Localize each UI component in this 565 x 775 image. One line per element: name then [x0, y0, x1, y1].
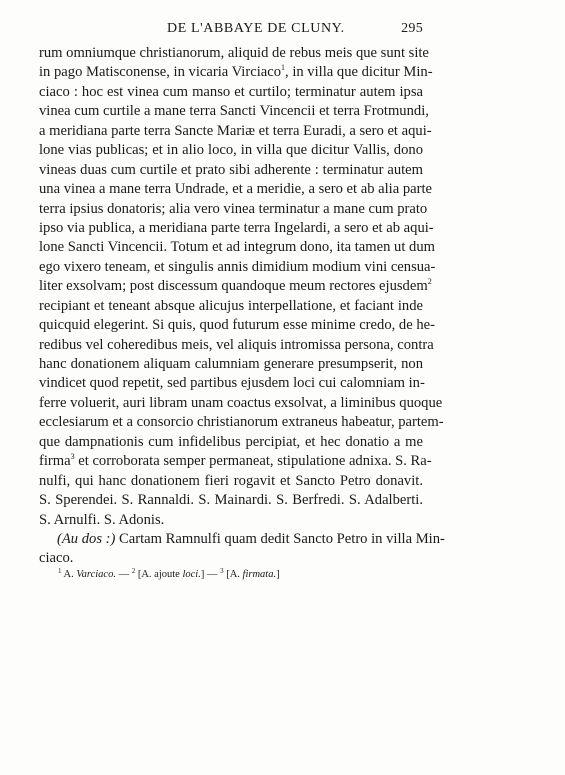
endorsement-line: ciaco.: [39, 549, 423, 568]
text-line: vinea cum curtile a mane terra Sancti Vi…: [39, 102, 423, 121]
text-line: recipiant et teneant absque alicujus int…: [39, 297, 423, 316]
text-line: in pago Matisconense, in vicaria Virciac…: [39, 63, 423, 82]
text-line: vindicet quod repetit, sed partibus ejus…: [39, 374, 423, 393]
text-line: nulfi, qui hanc donationem fieri rogavit…: [39, 472, 423, 491]
endorsement-line: (Au dos :) Cartam Ramnulfi quam dedit Sa…: [39, 530, 423, 549]
text-line: ipso via publica, a meridiana parte terr…: [39, 219, 423, 238]
footnote-separator: —: [204, 569, 220, 580]
running-title: DE L'ABBAYE DE CLUNY.: [167, 21, 345, 37]
text-line: que dampnationis cum infidelibus percipi…: [39, 433, 423, 452]
footnote: 1 A. Varciaco.: [58, 569, 116, 580]
book-page: DE L'ABBAYE DE CLUNY. 295 rum omniumque …: [0, 0, 565, 775]
text-line: una vinea a mane terra Undrade, et a mer…: [39, 180, 423, 199]
text-line: S. Arnulfi. S. Adonis.: [39, 511, 423, 530]
footnote: 3 [A. firmata.]: [220, 569, 280, 580]
text-line: redibus vel coheredibus meis, vel aliqui…: [39, 336, 423, 355]
text-line: lone vias publicas; et in alio loco, in …: [39, 141, 423, 160]
charter-text: rum omniumque christianorum, aliquid de …: [39, 44, 423, 569]
text-line: S. Sperendei. S. Rannaldi. S. Mainardi. …: [39, 491, 423, 510]
footnote-ref: 2: [428, 277, 432, 286]
footnotes: 1 A. Varciaco. — 2 [A. ajoute loci.] — 3…: [58, 569, 418, 580]
text-line: ciaco : hoc est vinea cum manso et curti…: [39, 83, 423, 102]
text-line: a meridiana parte terra Sancte Mariæ et …: [39, 122, 423, 141]
text-line: firma3 et corroborata semper permaneat, …: [39, 452, 423, 471]
running-head: DE L'ABBAYE DE CLUNY. 295: [39, 21, 423, 41]
text-line: terra ipsius donatoris; alia vero vinea …: [39, 200, 423, 219]
text-line: lone Sancti Vincencii. Totum et ad integ…: [39, 238, 423, 257]
text-line: rum omniumque christianorum, aliquid de …: [39, 44, 423, 63]
text-line: liter exsolvam; post discessum quandoque…: [39, 277, 423, 296]
text-line: quicquid elegerint. Si quis, quod futuru…: [39, 316, 423, 335]
endorsement-label: (Au dos :): [57, 531, 115, 547]
text-line: ferre voluerit, auri libram unam coactus…: [39, 394, 423, 413]
page-number: 295: [401, 21, 423, 37]
text-line: vineas duas cum curtile et prato sibi ad…: [39, 161, 423, 180]
footnote: 2 [A. ajoute loci.]: [132, 569, 205, 580]
footnote-separator: —: [116, 569, 132, 580]
text-line: hanc donationem aliquam calumniam genera…: [39, 355, 423, 374]
text-line: ego vixero teneam, et singulis annis dim…: [39, 258, 423, 277]
text-line: ecclesiarum et a consorcio christianorum…: [39, 413, 423, 432]
